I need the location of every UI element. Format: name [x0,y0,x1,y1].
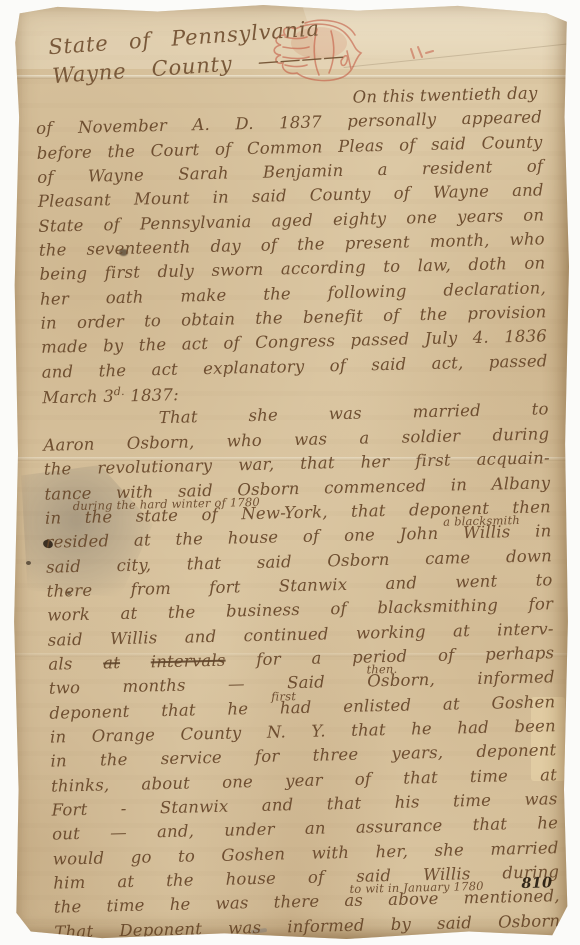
manuscript-word: d. [114,385,125,398]
ink-blot [26,561,31,565]
manuscript-word: March 3 [42,387,114,408]
interlined-insert: then. [366,662,397,677]
struck-out-word: intervals [150,651,225,672]
interlined-insert: 810 [521,875,552,893]
interlined-insert: first [271,689,296,704]
manuscript-word: 1837: [125,385,179,405]
manuscript-word [120,652,151,672]
manuscript-word: On this twentieth day [352,83,537,106]
manuscript-text: On this twentieth dayof November A. D. 1… [35,83,560,945]
struck-out-word: at [103,653,120,672]
document-page: State of Pennsylvania Wayne County ———— … [13,5,569,939]
manuscript-word: als [48,653,103,673]
interlined-insert: a blacksmith [443,513,520,529]
red-tally-marks [411,47,433,58]
